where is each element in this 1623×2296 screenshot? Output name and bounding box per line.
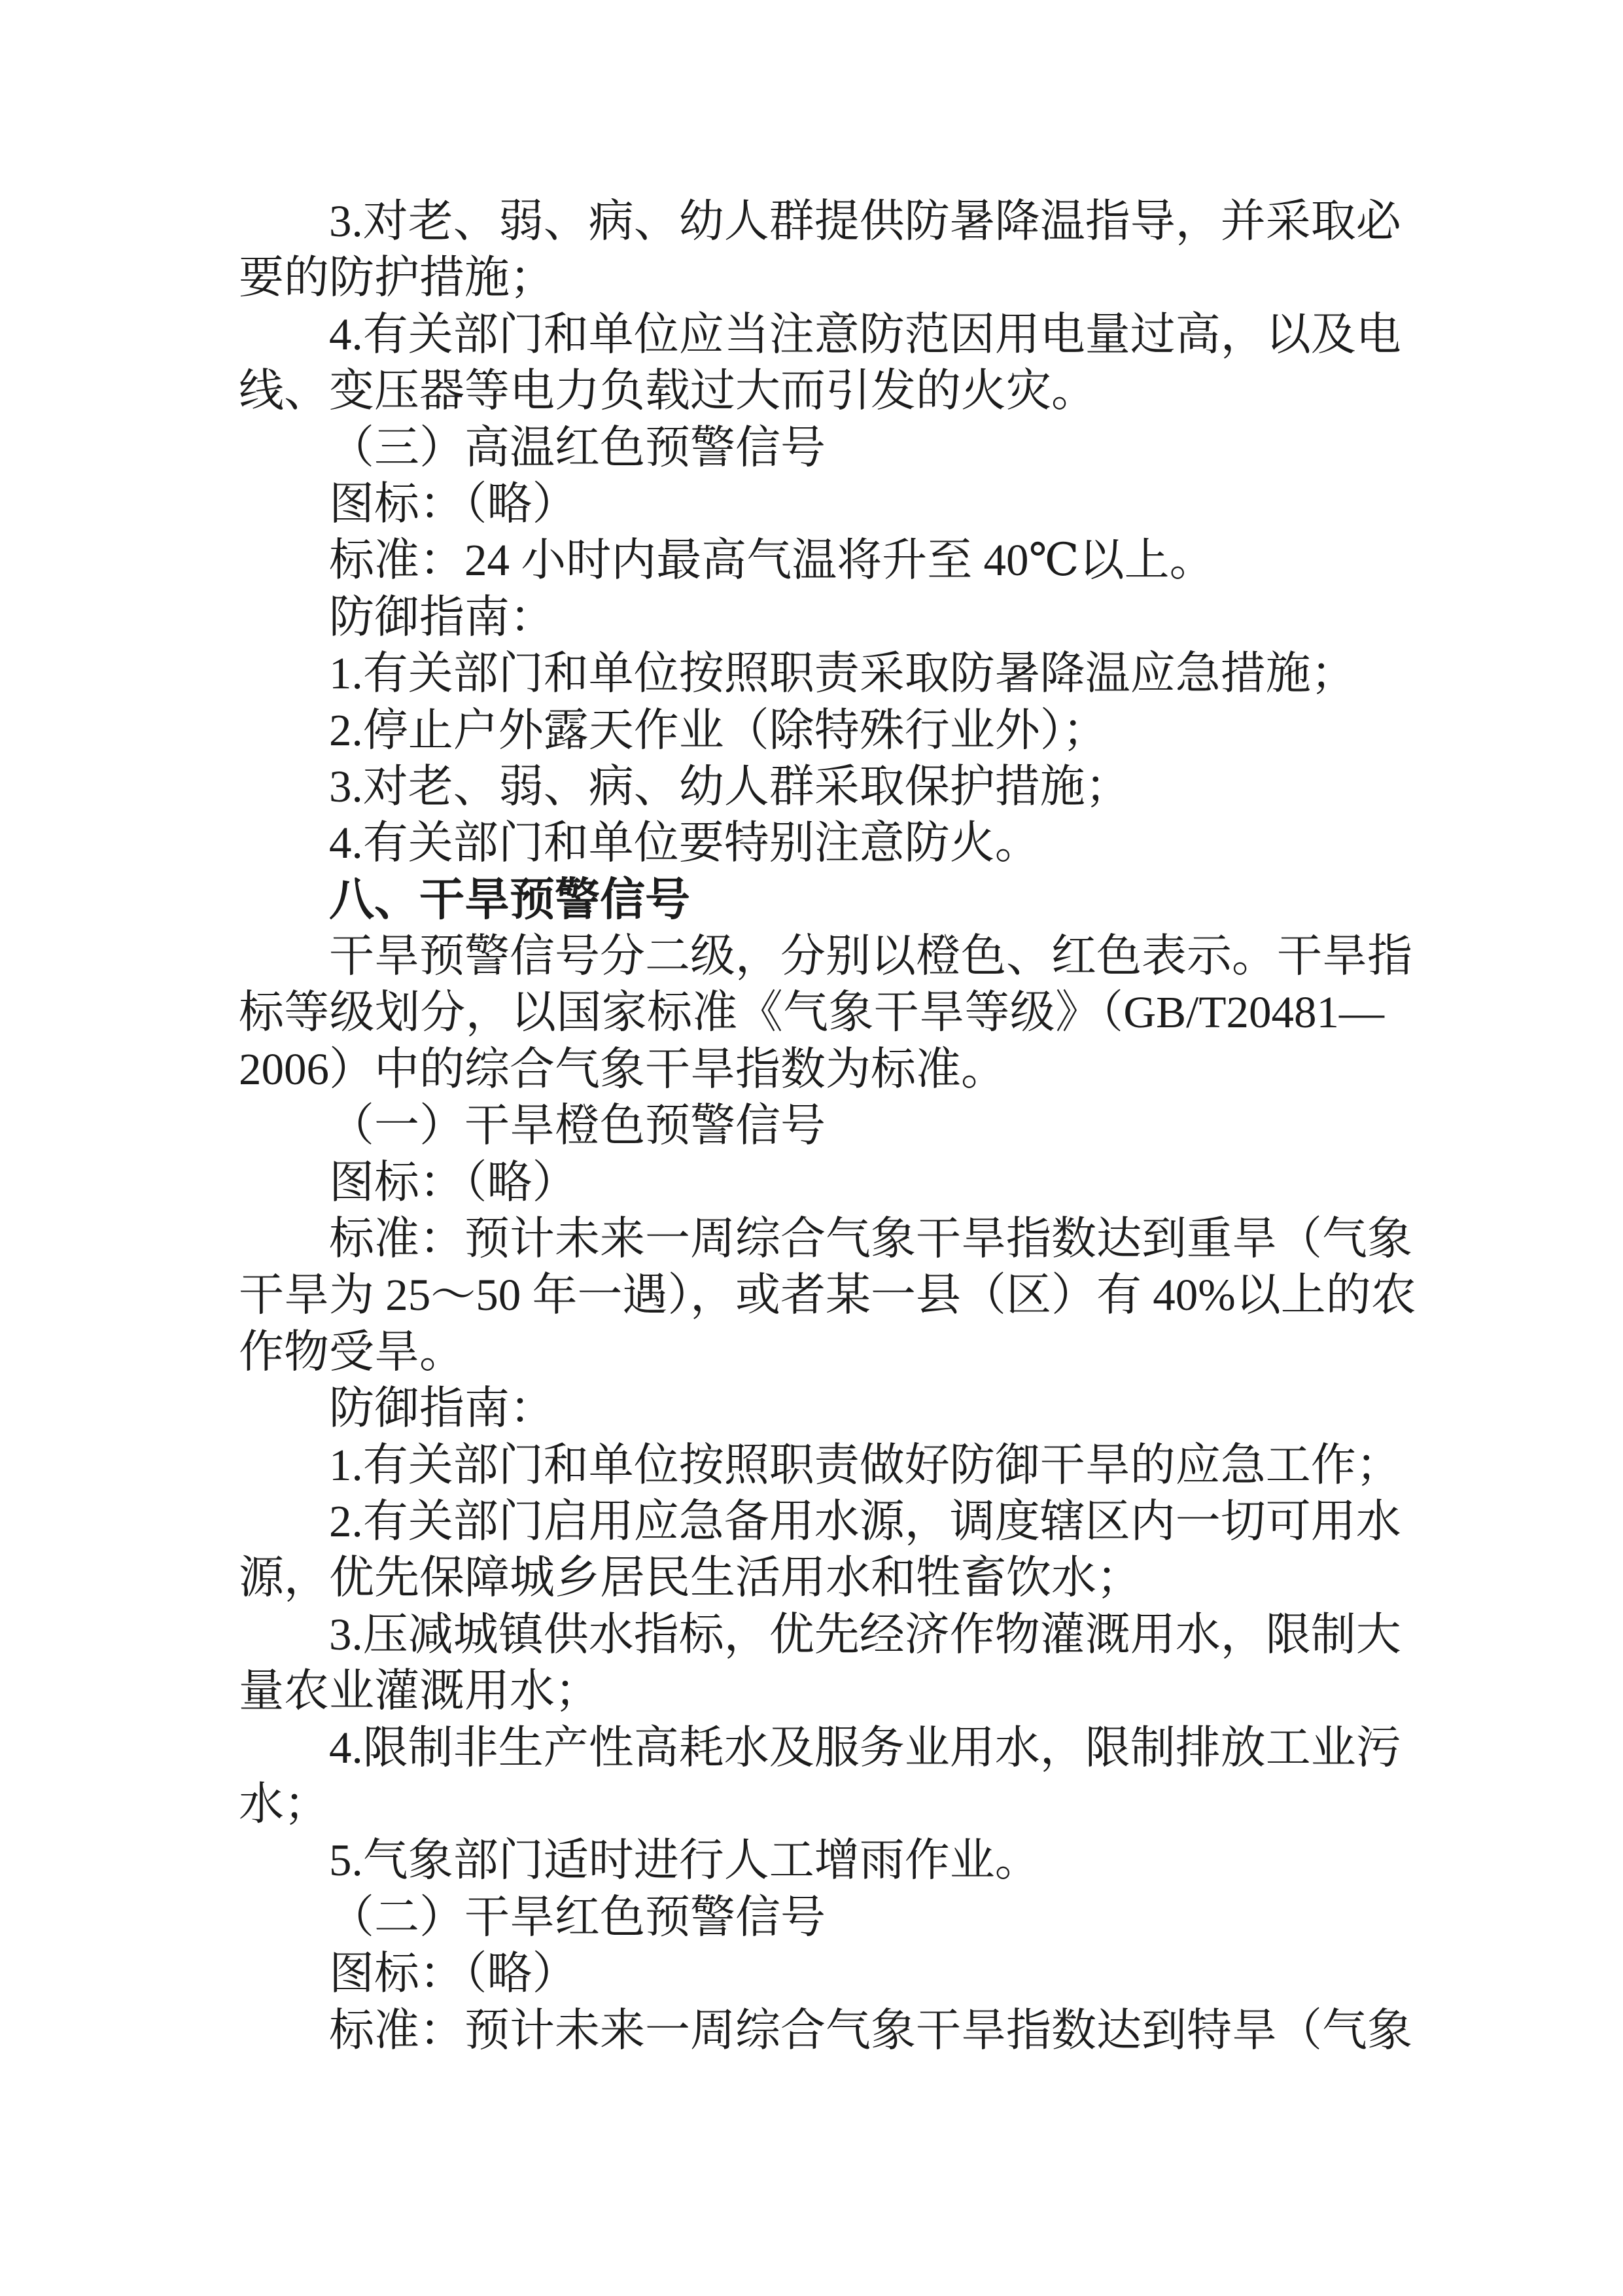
text-line: 1.有关部门和单位按照职责采取防暑降温应急措施；	[239, 645, 1384, 701]
text-line: 水；	[239, 1776, 1384, 1832]
text-line: 标准：预计未来一周综合气象干旱指数达到特旱（气象	[239, 2002, 1384, 2058]
text-line: 图标：（略）	[239, 1945, 1384, 2002]
text-line: 5.气象部门适时进行人工增雨作业。	[239, 1832, 1384, 1888]
text-line: 标准：预计未来一周综合气象干旱指数达到重旱（气象	[239, 1210, 1384, 1267]
text-line: 4.限制非生产性高耗水及服务业用水，限制排放工业污	[239, 1720, 1384, 1776]
text-line: 1.有关部门和单位按照职责做好防御干旱的应急工作；	[239, 1437, 1384, 1493]
text-line: 图标：（略）	[239, 476, 1384, 532]
section-heading: （二）干旱红色预警信号	[239, 1889, 1384, 1945]
document-text-block: 3.对老、弱、病、幼人群提供防暑降温指导，并采取必 要的防护措施； 4.有关部门…	[239, 193, 1384, 2058]
text-line: 3.压减城镇供水指标，优先经济作物灌溉用水，限制大	[239, 1606, 1384, 1663]
text-line: 2006）中的综合气象干旱指数为标准。	[239, 1041, 1384, 1097]
text-line: 干旱为 25～50 年一遇），或者某一县（区）有 40%以上的农	[239, 1267, 1384, 1323]
text-line: 要的防护措施；	[239, 249, 1384, 306]
text-line: 源，优先保障城乡居民生活用水和牲畜饮水；	[239, 1549, 1384, 1606]
section-heading: （一）干旱橙色预警信号	[239, 1097, 1384, 1154]
text-line: 2.停止户外露天作业（除特殊行业外）；	[239, 702, 1384, 758]
text-line: 3.对老、弱、病、幼人群采取保护措施；	[239, 758, 1384, 815]
text-line: 标准：24 小时内最高气温将升至 40℃以上。	[239, 532, 1384, 588]
text-line: 4.有关部门和单位应当注意防范因用电量过高，以及电	[239, 306, 1384, 362]
text-line: 量农业灌溉用水；	[239, 1663, 1384, 1719]
text-line: 2.有关部门启用应急备用水源，调度辖区内一切可用水	[239, 1493, 1384, 1549]
text-line: 干旱预警信号分二级，分别以橙色、红色表示。干旱指	[239, 928, 1384, 984]
document-page: 3.对老、弱、病、幼人群提供防暑降温指导，并采取必 要的防护措施； 4.有关部门…	[0, 0, 1623, 2296]
text-line: 线、变压器等电力负载过大而引发的火灾。	[239, 362, 1384, 419]
text-line: 作物受旱。	[239, 1324, 1384, 1380]
text-line: 图标：（略）	[239, 1154, 1384, 1210]
text-line: 标等级划分，以国家标准《气象干旱等级》（GB/T20481—	[239, 984, 1384, 1040]
text-line: 3.对老、弱、病、幼人群提供防暑降温指导，并采取必	[239, 193, 1384, 249]
chapter-heading: 八、干旱预警信号	[239, 872, 1384, 928]
text-line: 防御指南：	[239, 1380, 1384, 1436]
text-line: 4.有关部门和单位要特别注意防火。	[239, 815, 1384, 871]
section-heading: （三）高温红色预警信号	[239, 419, 1384, 476]
text-line: 防御指南：	[239, 589, 1384, 645]
